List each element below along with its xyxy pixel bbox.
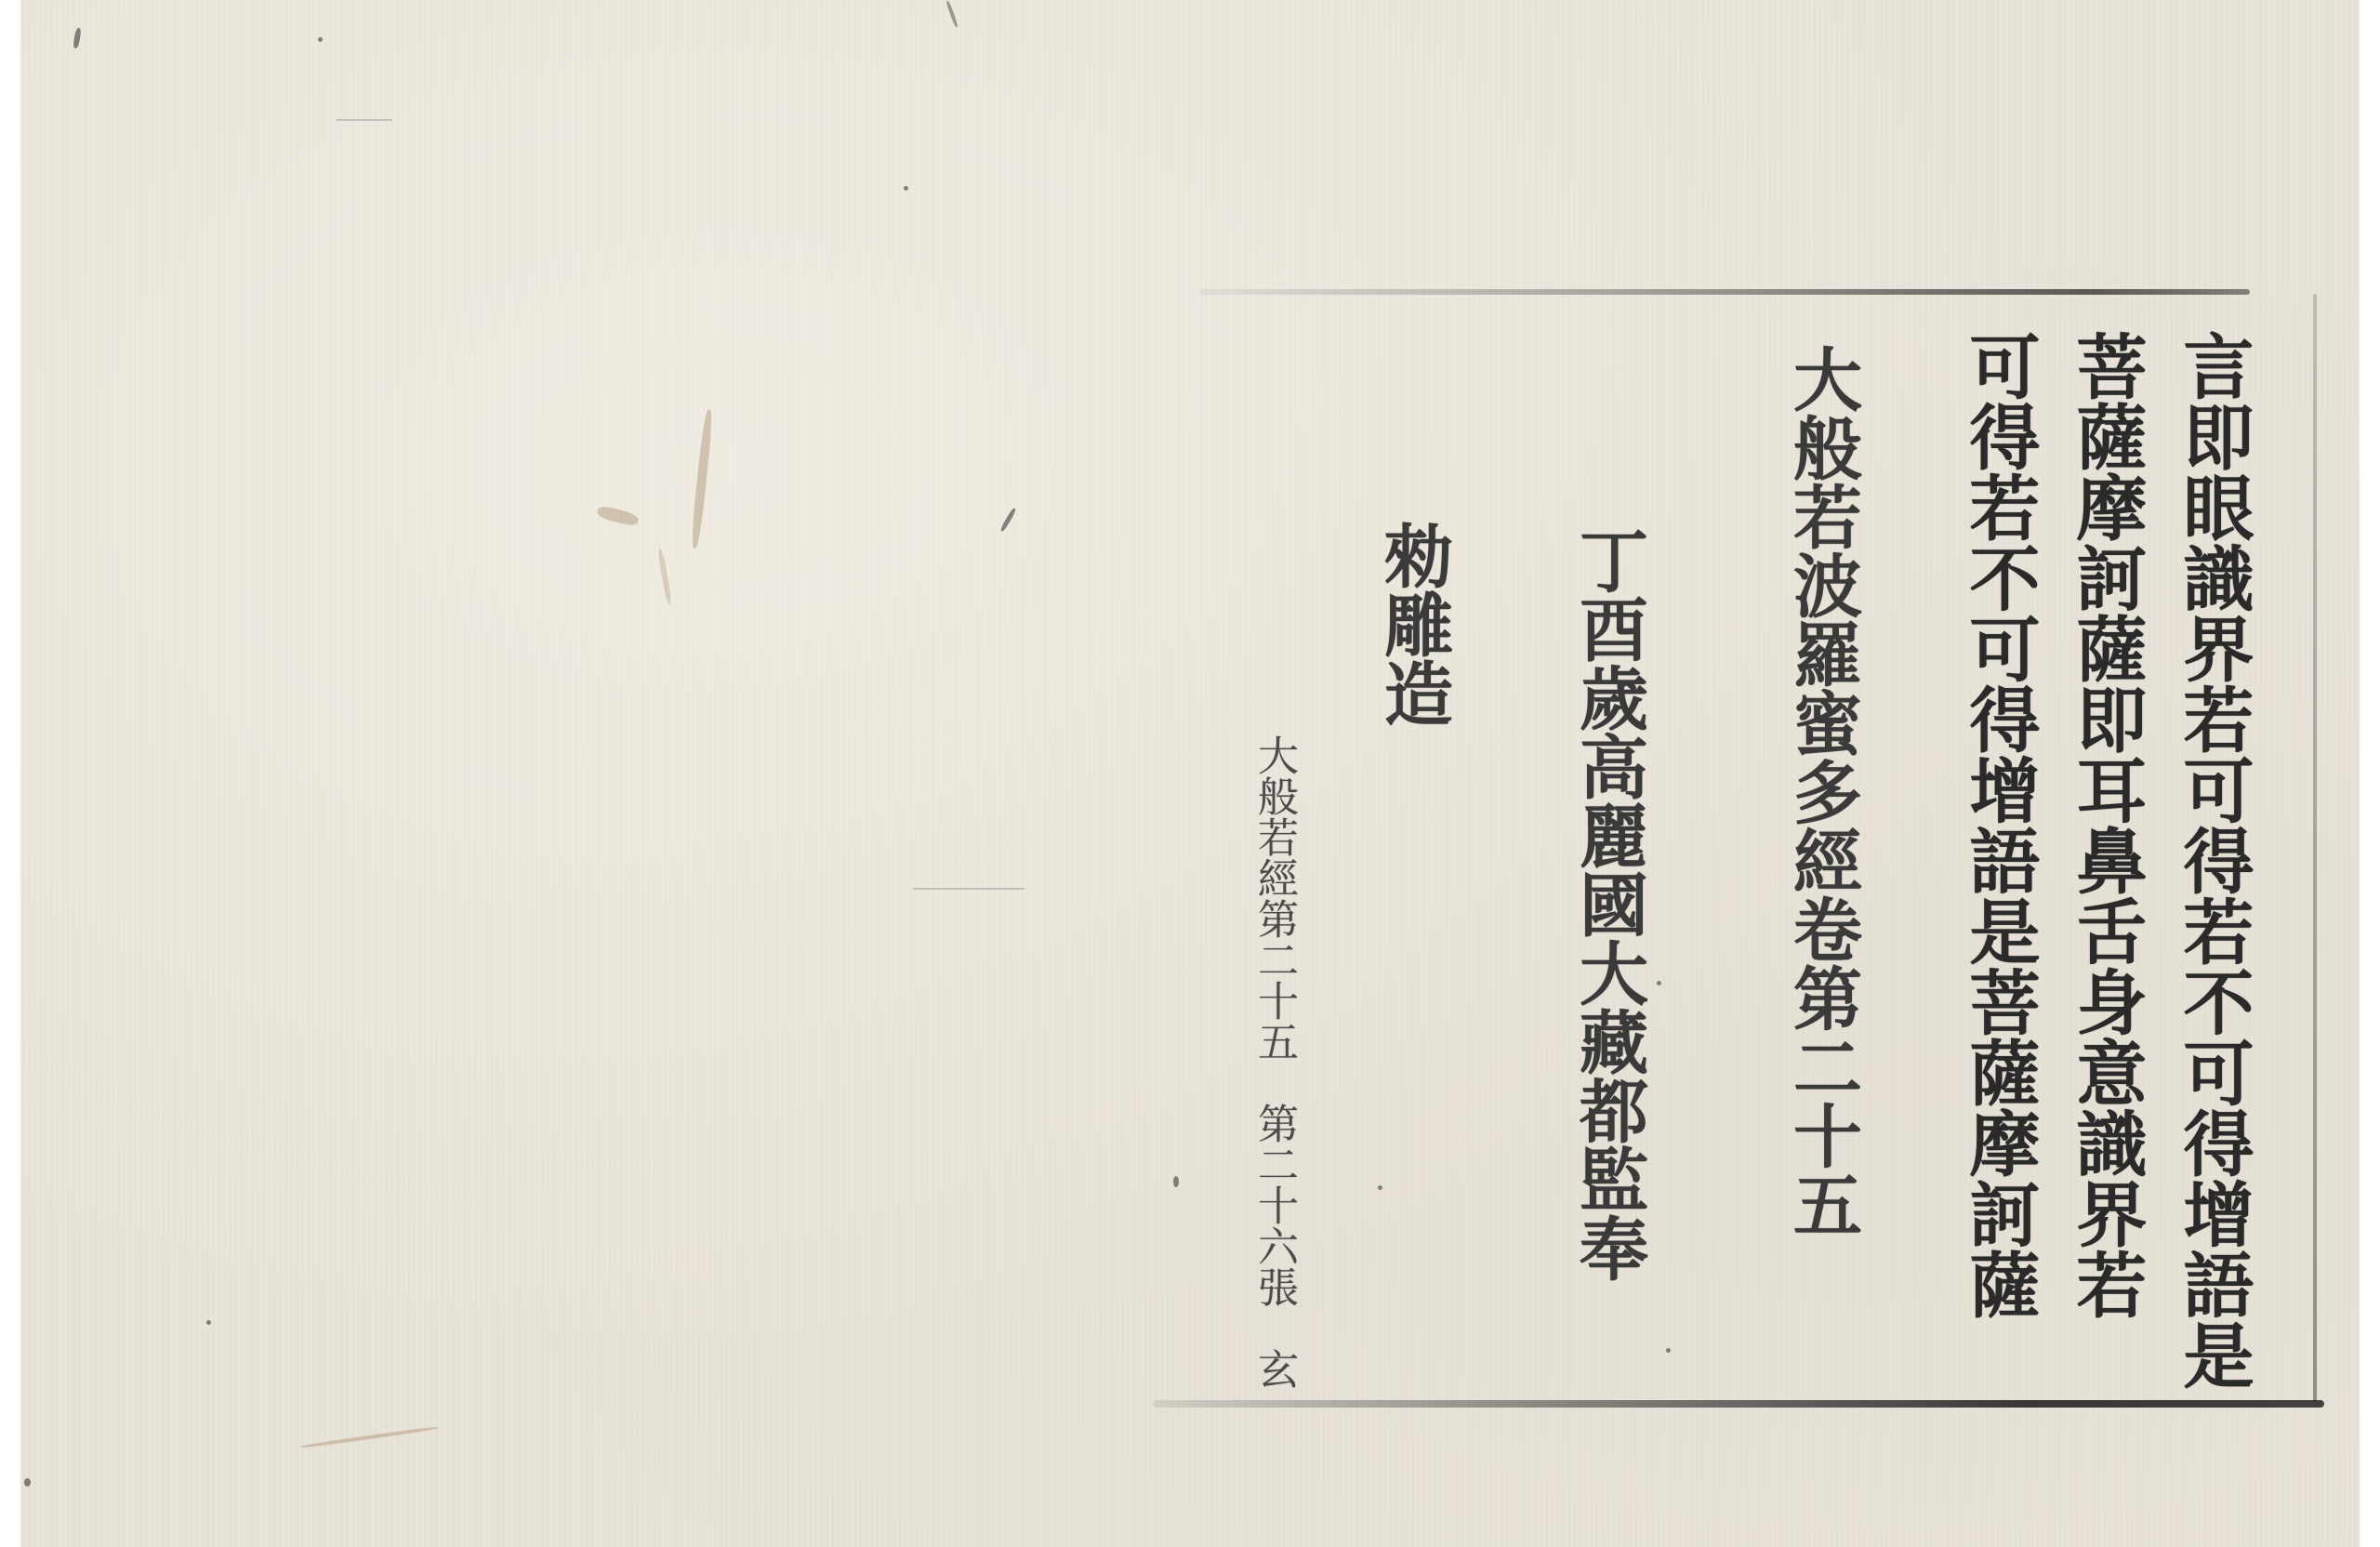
paper-fiber xyxy=(999,508,1016,533)
faint-rule xyxy=(913,888,1025,890)
colophon-column: 丁酉歲高麗國大藏都監奉 xyxy=(1562,525,1655,1282)
paper-speck xyxy=(1378,1185,1382,1190)
margin-note-column: 大般若經第二十五 第二十六張 玄 xyxy=(1246,734,1302,1389)
paper-speck xyxy=(318,37,323,42)
paper-fiber xyxy=(299,1426,438,1449)
paper-speck xyxy=(1666,1348,1671,1353)
frame-bottom-border xyxy=(1153,1400,2324,1408)
paper-speck xyxy=(206,1320,211,1325)
frame-right-border xyxy=(2313,294,2317,1402)
faint-rule xyxy=(337,119,392,121)
paper-speck xyxy=(904,186,908,191)
text-column-3: 可得若不可得增語是菩薩摩訶薩 xyxy=(1952,330,2045,1319)
edict-column: 勑雕造 xyxy=(1367,521,1460,727)
paper-fiber xyxy=(690,409,714,549)
text-column-2: 菩薩摩訶薩即耳鼻舌身意識界若 xyxy=(2059,330,2152,1319)
paper-speck xyxy=(24,1478,31,1487)
paper-fiber xyxy=(945,0,959,28)
paper-fiber xyxy=(73,28,82,49)
sutra-title-column: 大般若波羅蜜多經卷第二十五 xyxy=(1776,344,1869,1238)
paper-speck xyxy=(1657,981,1661,985)
paper-fiber xyxy=(596,504,640,527)
paper-speck xyxy=(1173,1176,1179,1187)
text-column-1: 言即眼識界若可得若不可得增語是 xyxy=(2166,330,2259,1390)
frame-top-border xyxy=(1199,289,2250,295)
paper-fiber xyxy=(657,549,672,604)
